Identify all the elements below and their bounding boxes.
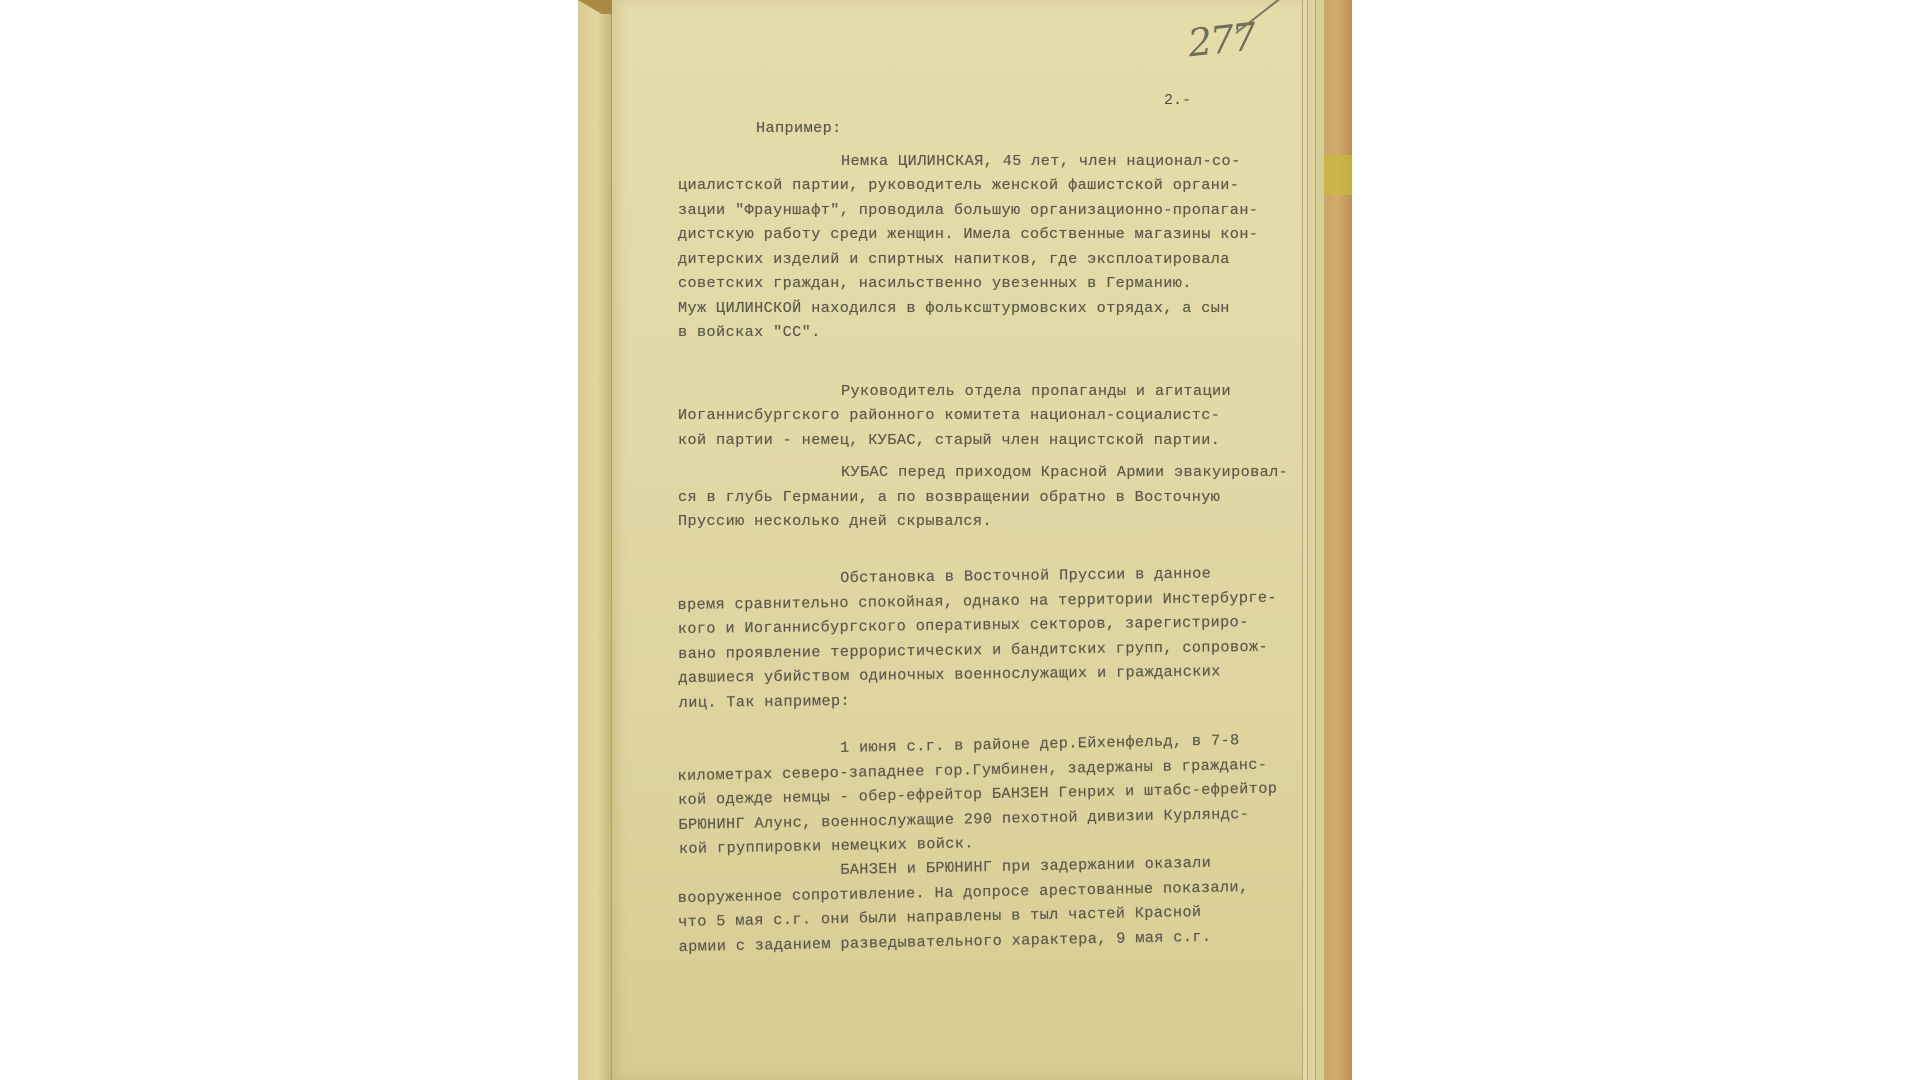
page-number: 2.- bbox=[1164, 92, 1191, 109]
binder-tab bbox=[1324, 155, 1352, 195]
text-line: советских граждан, насильственно увезенн… bbox=[678, 271, 1328, 296]
text-line: дистскую работу среди женщин. Имела собс… bbox=[678, 222, 1328, 247]
text-line: Иоганнисбургского районного комитета нац… bbox=[678, 403, 1328, 428]
section-heading: Например: bbox=[756, 116, 1328, 141]
paragraph-detention: 1 июня с.г. в районе дер.Ейхенфельд, в 7… bbox=[677, 726, 1329, 861]
paragraph-cilinskaya: Немка ЦИЛИНСКАЯ, 45 лет, член национал-с… bbox=[678, 149, 1328, 345]
paragraph-situation: Обстановка в Восточной Пруссии в данное … bbox=[677, 560, 1329, 715]
text-line: кой партии - немец, КУБАС, старый член н… bbox=[678, 428, 1328, 453]
text-line: дитерских изделий и спиртных напитков, г… bbox=[678, 247, 1328, 272]
text-line: циалистской партии, руководитель женской… bbox=[678, 173, 1328, 198]
text-line: ся в глубь Германии, а по возвращении об… bbox=[678, 485, 1328, 510]
text-line: Руководитель отдела пропаганды и агитаци… bbox=[678, 379, 1328, 404]
text-line: КУБАС перед приходом Красной Армии эваку… bbox=[678, 460, 1328, 485]
text-line: Пруссию несколько дней скрывался. bbox=[678, 509, 1328, 534]
text-line: зации "Фрауншафт", проводила большую орг… bbox=[678, 198, 1328, 223]
text-line: Немка ЦИЛИНСКАЯ, 45 лет, член национал-с… bbox=[678, 149, 1328, 174]
paragraph-interrogation: БАНЗЕН и БРЮНИНГ при задержании оказали … bbox=[677, 849, 1329, 959]
paragraph-kubas-evacuation: КУБАС перед приходом Красной Армии эваку… bbox=[678, 460, 1328, 534]
document-body: Например: Немка ЦИЛИНСКАЯ, 45 лет, член … bbox=[678, 116, 1328, 959]
binder-left-leaf bbox=[578, 0, 612, 1080]
text-line: Муж ЦИЛИНСКОЙ находился в фольксштурмовс… bbox=[678, 296, 1328, 321]
paragraph-kubas-role: Руководитель отдела пропаганды и агитаци… bbox=[678, 379, 1328, 453]
text-line: в войсках "СС". bbox=[678, 320, 1328, 345]
